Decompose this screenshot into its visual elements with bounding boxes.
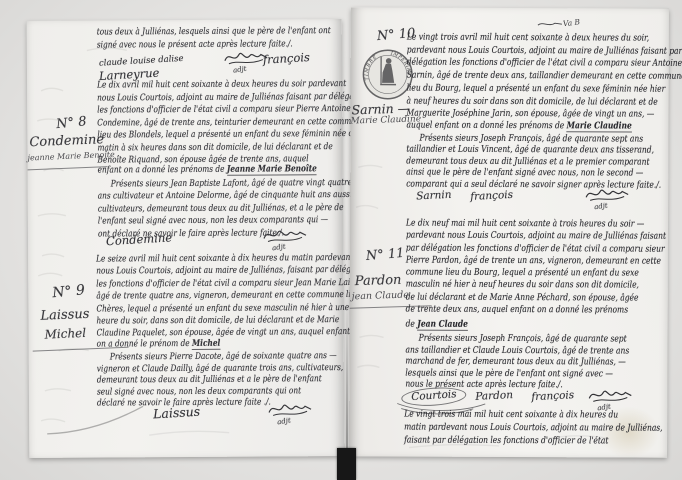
father-signature: Laissus: [153, 404, 201, 422]
witness-signature: françois: [263, 50, 311, 67]
child-name-line: enfant on a donné les prénoms de Jeanne …: [98, 164, 317, 175]
child-name: Michel: [192, 339, 220, 350]
signature-swash: [47, 406, 143, 434]
act10-witnesses: Présents sieurs Joseph François, âgé de …: [406, 133, 682, 191]
name-line-prefix: de: [406, 319, 418, 330]
handwritten-line: faisant par délégation les fonctions d'o…: [404, 434, 662, 448]
witness-signature: françois: [470, 189, 513, 203]
handwritten-line: marchand de fer, demeurant tous deux au …: [405, 356, 629, 369]
next-act-start: Le vingt trois mai mil huit cent soixant…: [404, 408, 682, 448]
right-page: N° 10 TIMBRE IMPERIAL Sarnin — Marie Cla…: [349, 7, 669, 457]
child-name-line: on a donné le prénom de Michel: [97, 339, 221, 350]
official-signature-suffix: adjt: [232, 65, 247, 75]
handwritten-line: lesquels ainsi que le père de l'enfant o…: [405, 367, 629, 380]
act-margin-childname: Michel: [44, 326, 86, 342]
father-signature: Sarnin: [416, 189, 452, 203]
handwritten-line: Pierre Pardon, âgé de trente un ans, vig…: [406, 254, 666, 267]
margin-underline: [28, 166, 108, 170]
handwritten-line: Sarnin, âgé de trente deux ans, tailland…: [407, 70, 682, 84]
strikethrough-scribble: [537, 20, 563, 28]
name-line-prefix: enfant on a donné les prénoms de: [98, 165, 227, 176]
handwritten-line: par délégation les fonctions d'officier …: [406, 242, 666, 255]
scanned-register-spread: tous deux à Julliénas, lesquels ainsi qu…: [0, 0, 682, 480]
handwritten-line: commune lieu du Bourg, lequel a présenté…: [406, 267, 666, 280]
handwritten-line: Le vingt trois avril mil huit cent soixa…: [407, 32, 682, 46]
act-margin-name: Laissus: [40, 307, 90, 324]
binding-mark: [337, 448, 356, 480]
handwritten-line: lieu du Bourg, lequel a présenté un enfa…: [407, 82, 682, 96]
handwritten-line: de lui déclarant et de Marie Anne Péchar…: [406, 291, 666, 304]
handwritten-line: délégation les fonctions d'officier de l…: [407, 57, 682, 71]
act-number-label: N° 11: [365, 246, 405, 264]
name-line-prefix: on a donné le prénom de: [97, 339, 192, 350]
handwritten-line: Présents sieurs Joseph François, âgé de …: [406, 333, 630, 346]
handwritten-line: à neuf heures du soir dans son dit domic…: [407, 95, 682, 109]
official-signature-suffix: adjt: [272, 242, 287, 252]
witness-signature: françois: [531, 389, 574, 403]
child-name: Marie Claudine: [567, 120, 632, 132]
father-signature: Condemine: [106, 230, 173, 248]
handwritten-line: de trente deux ans, auquel enfant on a d…: [406, 304, 666, 317]
handwritten-line: Le vingt trois mai mil huit cent soixant…: [404, 408, 662, 422]
interline-correction-note: Va B: [562, 17, 580, 28]
child-name: Jean Claude: [417, 319, 468, 331]
act-margin-name: Pardon: [355, 273, 402, 289]
official-signature-suffix: adjt: [594, 202, 609, 212]
name-line-prefix: auquel enfant on a donné les prénoms de: [406, 120, 566, 132]
handwritten-line: matin pardevant nous Louis Courtois, adj…: [404, 421, 662, 435]
official-signature-suffix: adjt: [277, 416, 292, 426]
act-number-label: N° 9: [52, 282, 86, 301]
child-name: Jeanne Marie Benoîte: [227, 164, 317, 176]
act11-body: Le dix neuf mai mil huit cent soixante à…: [406, 218, 682, 318]
left-page: tous deux à Julliénas, lesquels ainsi qu…: [27, 19, 345, 458]
handwritten-line: ans taillandier et Claude Louis Courtois…: [405, 344, 629, 357]
handwritten-line: Claudine Paquelet, son épouse, âgée de v…: [97, 326, 376, 340]
child-name-line: de Jean Claude: [406, 319, 468, 330]
handwritten-line: masculin né hier à neuf heures du soir d…: [406, 279, 666, 292]
handwritten-line: pardevant nous Louis Courtois, adjoint a…: [406, 230, 666, 243]
act10-body: Le vingt trois avril mil huit cent soixa…: [406, 32, 682, 122]
act-margin-name: Condemine: [29, 132, 104, 150]
child-name-line: auquel enfant on a donné les prénoms de …: [406, 120, 631, 132]
act-margin-childname: jean Claude: [352, 290, 409, 303]
page-gutter-shadow: [346, 295, 348, 453]
act11-witnesses: Présents sieurs Joseph François, âgé de …: [405, 333, 678, 392]
handwritten-line: Le dix neuf mai mil huit cent soixante à…: [406, 218, 666, 231]
handwritten-line: pardevant nous Louis Courtois, adjoint a…: [407, 44, 682, 58]
act-number-label: N° 8: [56, 114, 88, 132]
